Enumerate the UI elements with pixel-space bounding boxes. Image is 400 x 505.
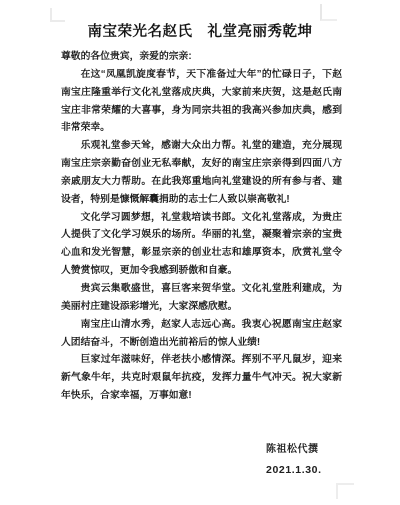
fold-mark-top-right: [320, 4, 337, 21]
document-page: 南宝荣光名赵氏 礼堂亮丽秀乾坤 尊敬的各位贵宾，亲爱的宗亲: 在这“凤凰凯旋度春…: [0, 0, 400, 505]
salutation-line: 尊敬的各位贵宾，亲爱的宗亲:: [61, 48, 342, 66]
signature-block: 陈祖松代撰 2021.1.30.: [266, 440, 322, 480]
document-body: 尊敬的各位贵宾，亲爱的宗亲: 在这“凤凰凯旋度春节，天下准备过大年”的忙碌日子，…: [61, 48, 342, 405]
signature-name: 陈祖松代撰: [266, 440, 322, 460]
signature-date: 2021.1.30.: [266, 460, 322, 480]
paragraph-4: 贵宾云集歌盛世，喜巨客来贺华堂。文化礼堂胜利建成，为美丽村庄建设添彩增光，大家深…: [61, 280, 342, 316]
paragraph-3: 文化学习圆梦想，礼堂栽培读书郎。文化礼堂落成，为贵庄人提供了文化学习娱乐的场所。…: [61, 209, 342, 280]
document-title: 南宝荣光名赵氏 礼堂亮丽秀乾坤: [0, 20, 400, 41]
fold-mark-bottom-right: [336, 483, 354, 499]
paragraph-1: 在这“凤凰凯旋度春节，天下准备过大年”的忙碌日子，下赵南宝庄隆重举行文化礼堂落成…: [61, 66, 342, 137]
paragraph-5: 南宝庄山清水秀，赵家人志远心高。我衷心祝愿南宝庄赵家人团结奋斗，不断创造出光前裕…: [61, 316, 342, 352]
paragraph-2: 乐观礼堂参天耸，感谢大众出力帮。礼堂的建造，充分展现南宝庄宗亲勤奋创业无私奉献，…: [61, 137, 342, 208]
paragraph-6: 巨家过年滋味好，伴老扶小感情深。挥别不平凡鼠岁，迎来新气象牛年，共克时艰鼠年抗疫…: [61, 351, 342, 405]
